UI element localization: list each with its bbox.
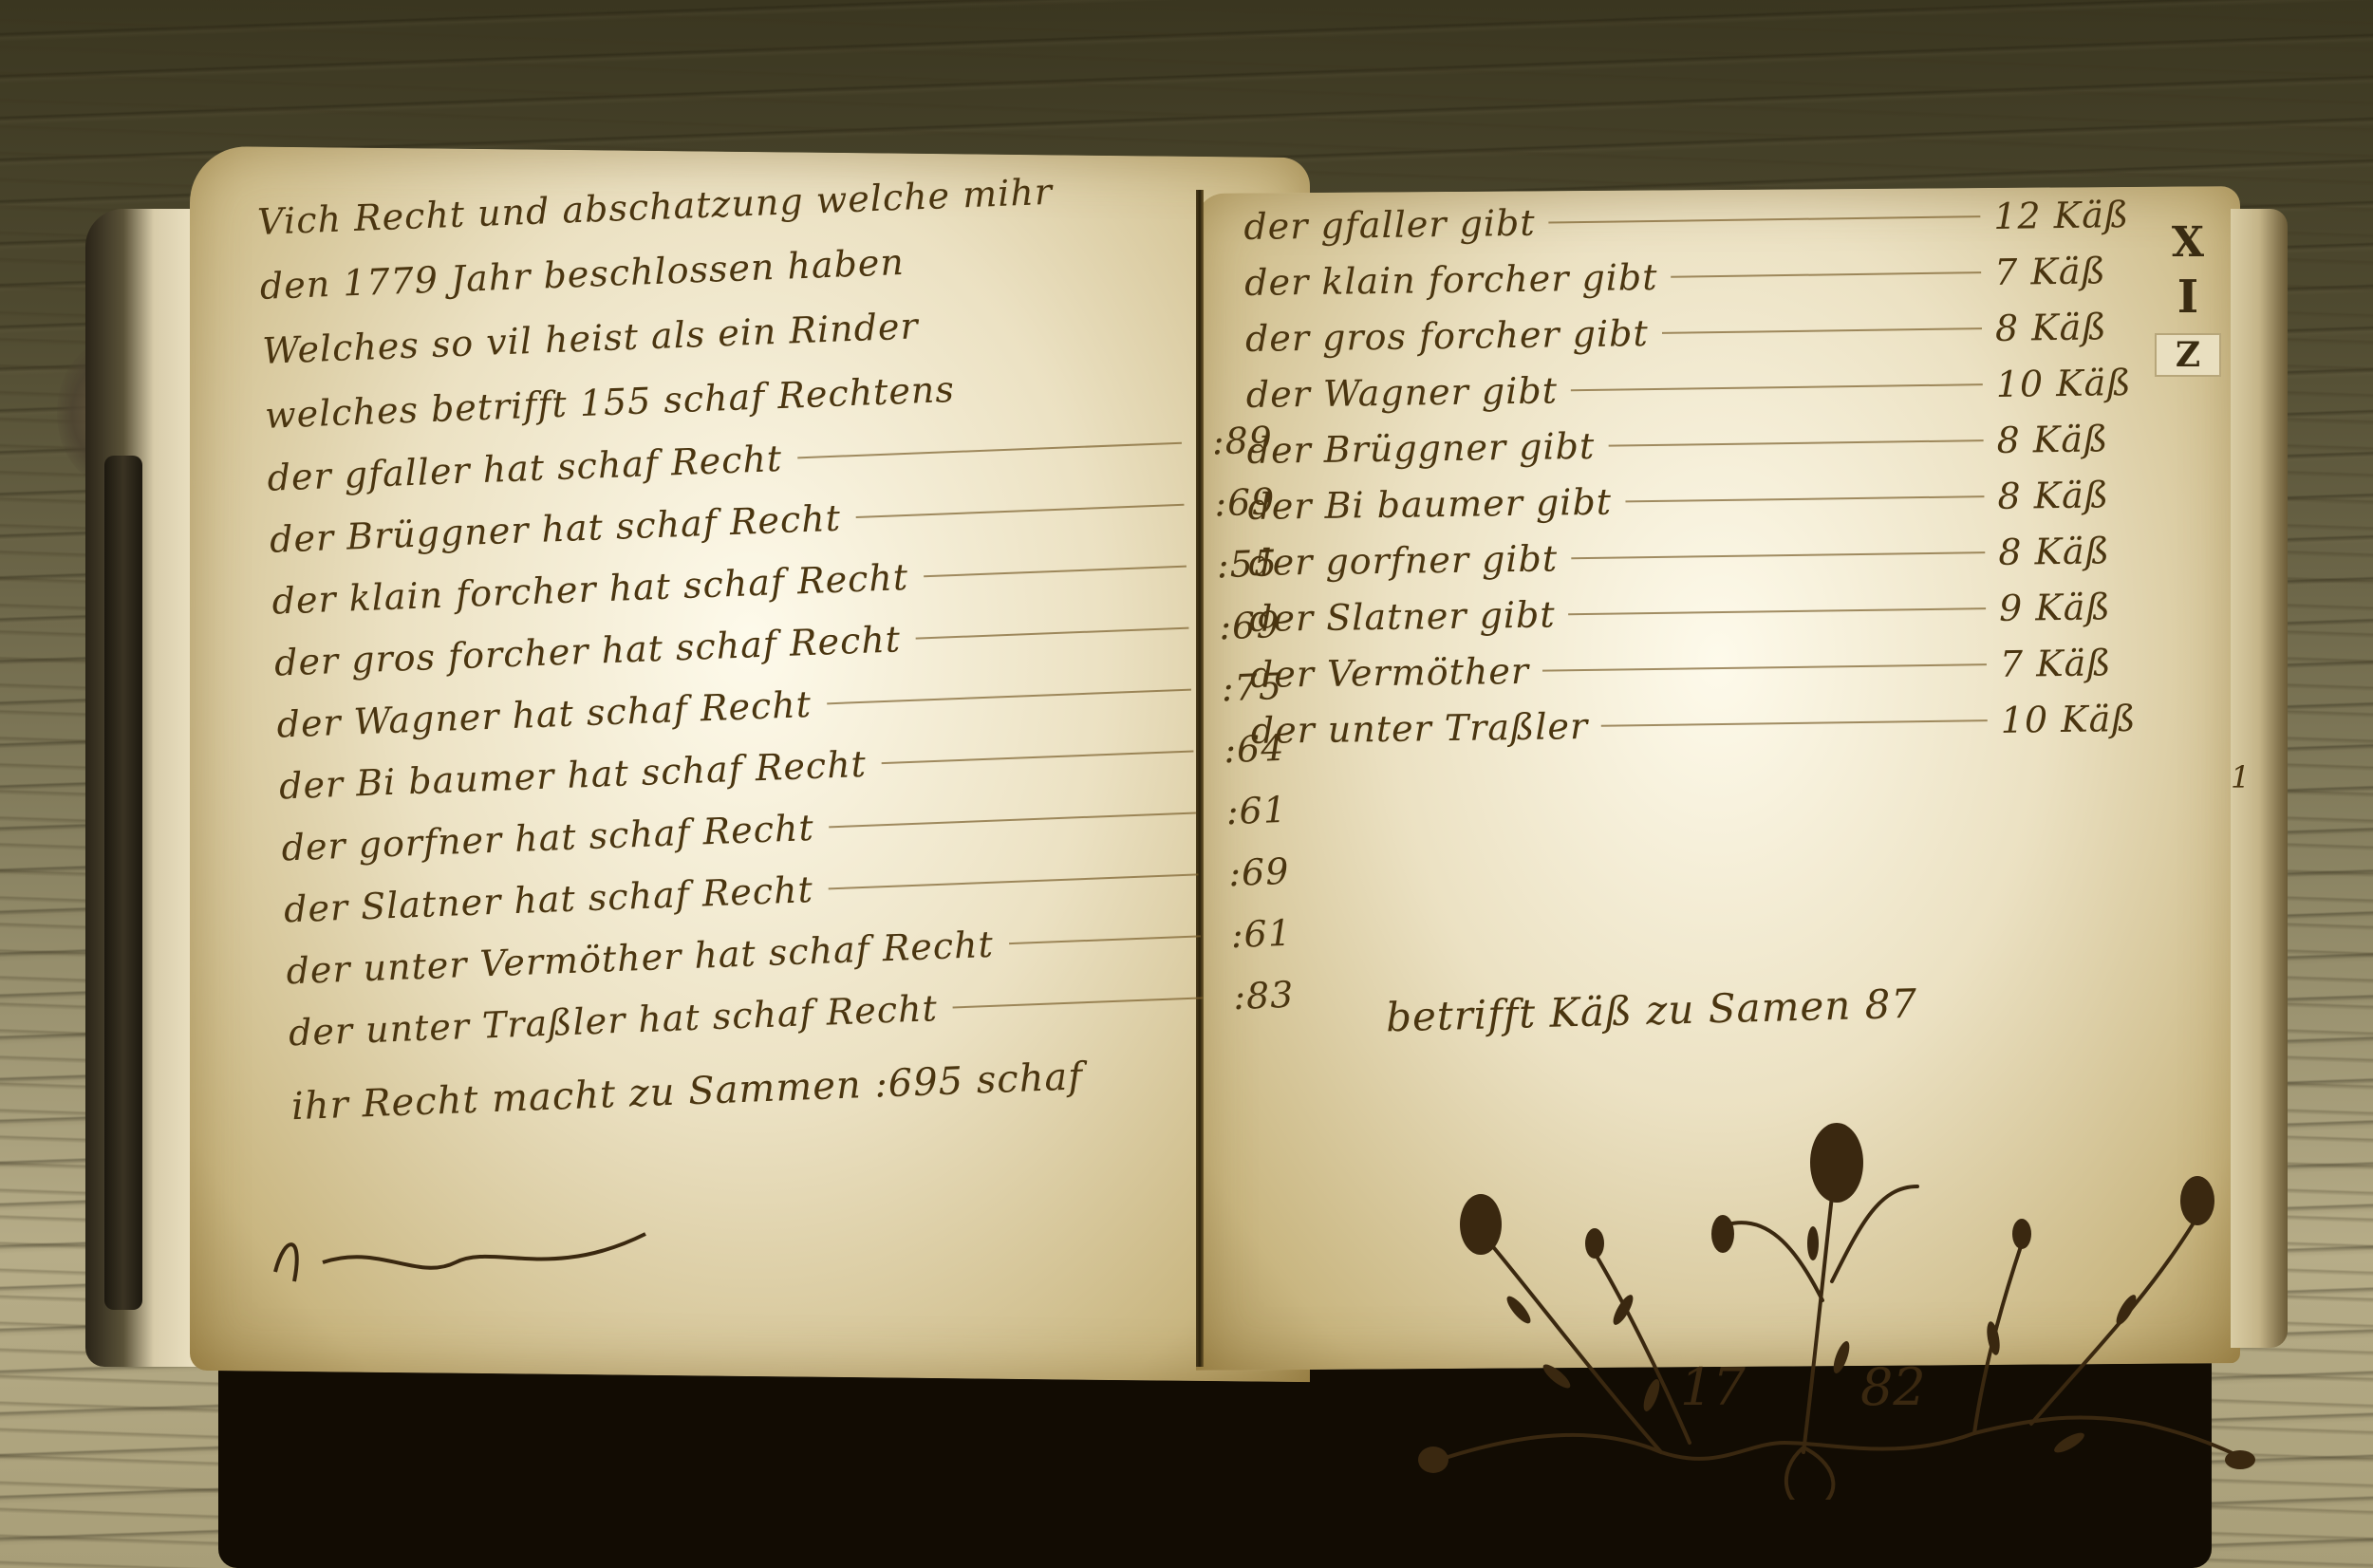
entry-value: 8 Käß — [1997, 467, 2140, 525]
drawing-year-right: 82 — [1860, 1357, 1926, 1417]
leader-line — [856, 504, 1185, 518]
entry-name: der Vermöther — [1250, 644, 1530, 703]
entry-name: der Bi baumer gibt — [1247, 475, 1612, 535]
entry-value: :83 — [1217, 964, 1295, 1029]
leader-line — [1009, 935, 1201, 944]
leader-line — [830, 812, 1196, 828]
tab-letter-x: X — [2155, 218, 2221, 267]
drawing-year-left: 17 — [1680, 1357, 1746, 1417]
right-page-text: der gfaller gibt 12 Käß der klain forche… — [1243, 187, 2143, 759]
entry-value: 10 Käß — [2000, 691, 2143, 749]
leader-line — [1671, 271, 1981, 278]
open-ledger-book: Vich Recht und abschatzung welche mihr d… — [85, 152, 2288, 1386]
leader-line — [882, 751, 1194, 765]
entry-value: :69 — [1212, 841, 1290, 905]
entry-name: der Wagner gibt — [1245, 363, 1558, 423]
leader-line — [1601, 719, 1988, 727]
entry-name: der Brüggner gibt — [1246, 419, 1595, 479]
leader-line — [924, 566, 1186, 578]
entry-name: der unter Traßler — [1250, 699, 1588, 759]
tab-letter-i: I — [2155, 271, 2221, 324]
leader-line — [829, 873, 1199, 889]
leader-line — [953, 997, 1204, 1008]
margin-number: 1 — [2231, 759, 2251, 795]
entry-value: 9 Käß — [1999, 579, 2142, 637]
leader-line — [1608, 439, 1983, 447]
leader-line — [797, 442, 1182, 459]
leader-line — [1571, 383, 1983, 391]
leader-line — [1549, 215, 1981, 223]
leader-line — [1662, 327, 1982, 334]
leader-line — [1542, 663, 1987, 672]
entry-value: :61 — [1215, 903, 1293, 967]
leader-line — [827, 689, 1191, 705]
tab-letter-z: Z — [2155, 333, 2221, 377]
floral-drawing-icon: 17 82 — [1405, 1092, 2259, 1500]
leader-line — [1571, 551, 1985, 559]
index-tab[interactable]: X I Z — [2155, 218, 2221, 446]
entry-name: der gros forcher gibt — [1245, 306, 1649, 367]
book-spine-edge — [104, 456, 142, 1310]
entry-name: der Slatner gibt — [1249, 587, 1556, 646]
entry-name: der gorfner gibt — [1248, 531, 1559, 591]
entry-value: 12 Käß — [1993, 187, 2137, 245]
flourish-icon — [266, 1224, 664, 1291]
entry-value: :61 — [1210, 779, 1288, 844]
entry-name: der klain forcher gibt — [1244, 250, 1658, 311]
entry-name: der gfaller gibt — [1243, 196, 1536, 255]
entry-value: 7 Käß — [2000, 635, 2143, 693]
entry-value: 8 Käß — [1998, 523, 2141, 581]
entry-value: 7 Käß — [1994, 243, 2138, 301]
leader-line — [1569, 607, 1987, 615]
entry-value: 8 Käß — [1995, 299, 2139, 357]
leader-line — [916, 627, 1189, 640]
entry-value: 10 Käß — [1995, 355, 2139, 413]
entry-value: 8 Käß — [1996, 411, 2139, 469]
left-page-text: Vich Recht und abschatzung welche mihr d… — [256, 151, 1299, 1140]
leader-line — [1625, 495, 1984, 502]
